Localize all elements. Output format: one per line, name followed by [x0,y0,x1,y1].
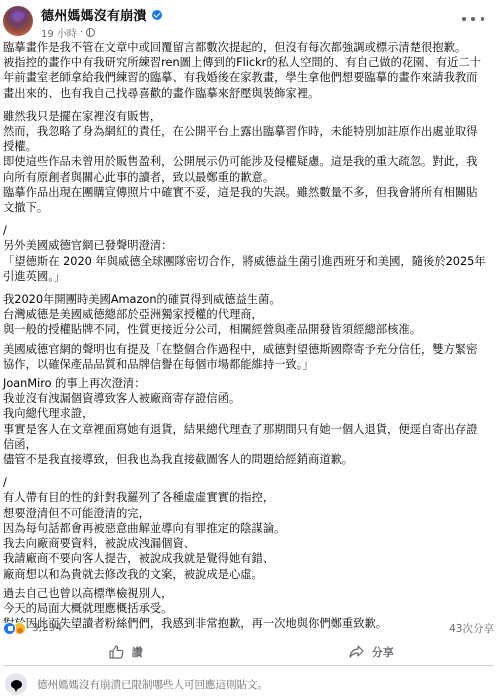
text-line: 有人帶有目的性的針對我羅列了各種虛虛實實的指控， [3,490,488,505]
more-dot-icon [462,17,466,21]
paragraph: 美國威德官網的聲明也有提及「在整個合作過程中，威德對望德斯國際寄予充分信任，雙方… [3,342,488,372]
like-reaction-icon [3,622,16,635]
more-options-button[interactable] [462,14,484,24]
text-line: 我2020年開團時美國Amazon的確買得到威德益生菌。 [3,292,488,307]
text-line: 想要澄清但不可能澄清的完， [3,506,488,521]
comment-restriction-text: 德州媽媽沒有崩潰已限制哪些人可回應這則貼文。 [37,677,268,692]
text-line: 臨摹作品出現在團購宣傳照片中確實不妥，這是我的失誤。雖然數量不多，但我會將所有相… [3,185,488,215]
post-header: 德州媽媽沒有崩潰 19 小時 · [0,0,500,40]
post-timestamp[interactable]: 19 小時 [41,25,77,40]
text-line: JoanMiro 的事上再次澄清： [3,376,488,391]
paragraph: 我2020年開團時美國Amazon的確買得到威德益生菌。 台灣威德是美國威德總部… [3,292,488,338]
text-line: 今天的局面大概就理應概括承受。 [3,601,488,616]
comment-icon-wrap [5,673,27,695]
post-meta: 19 小時 · [41,25,162,39]
text-line: 儘管不是我直接導致，但我也為我直接截圖客人的問題給經銷商道歉。 [3,452,488,467]
share-label: 分享 [372,644,394,660]
text-line: 過去自己也曾以高標準檢視別人， [3,586,488,601]
header-text: 德州媽媽沒有崩潰 19 小時 · [41,5,162,39]
reaction-count[interactable]: 3,294 [32,622,62,634]
meta-separator: · [80,27,83,38]
comment-restriction-notice: 德州媽媽沒有崩潰已限制哪些人可回應這則貼文。 [5,673,268,695]
text-line: 我向總代理求證， [3,406,488,421]
paragraph: JoanMiro 的事上再次澄清： 我並沒有洩漏個資導致客人被廠商寄存證信函。 … [3,376,488,467]
paragraph: 雖然我只是擺在家裡沒有販售， 然而，我忽略了身為網紅的責任，在公開平台上露出臨摹… [3,109,488,215]
share-arrow-icon [349,645,364,658]
text-line: / [3,475,488,490]
author-row: 德州媽媽沒有崩潰 [41,6,162,23]
text-line: 我請廠商不要向客人提告，被說成我就是覺得她有錯、 [3,551,488,566]
text-line: 美國威德官網的聲明也有提及「在整個合作過程中，威德對望德斯國際寄予充分信任，雙方… [3,342,488,372]
like-button[interactable]: 讚 [3,638,249,665]
text-line: 台灣威德是美國威德總部於亞洲獨家授權的代理商， [3,307,488,322]
paragraph: / 有人帶有目的性的針對我羅列了各種虛虛實實的指控， 想要澄清但不可能澄清的完，… [3,475,488,581]
like-label: 讚 [132,644,143,660]
author-name[interactable]: 德州媽媽沒有崩潰 [41,5,147,24]
share-count[interactable]: 43次分享 [449,621,494,636]
post-actions: 讚 分享 [3,638,494,666]
reactions-bar: 3,294 43次分享 [3,620,494,636]
share-button[interactable]: 分享 [249,638,495,665]
thumbs-up-icon [109,645,124,659]
more-dot-icon [471,17,475,21]
text-line: 即使這些作品未曾用於販售盈利，公開展示仍可能涉及侵權疑慮。這是我的重大疏忽。對此… [3,154,488,184]
text-line: 與一般的授權貼牌不同，性質更接近分公司，相關經營與產品開發皆須經總部核准。 [3,322,488,337]
text-line: / [3,223,488,238]
verified-badge-icon [152,10,162,20]
text-line: 然而，我忽略了身為網紅的責任，在公開平台上露出臨摹習作時，未能特別加註原作出處並… [3,124,488,154]
text-line: 我去向廠商要資料，被說成洩漏個資、 [3,536,488,551]
speech-bubble-icon [11,680,22,689]
paragraph: / 另外美國威德官網已發聲明澄清： 「望德斯在 2020 年與威德全球團隊密切合… [3,223,488,284]
text-line: 我並沒有洩漏個資導致客人被廠商寄存證信函。 [3,391,488,406]
author-avatar[interactable] [3,6,33,36]
text-line: 另外美國威德官網已發聲明澄清： [3,238,488,253]
globe-icon[interactable] [86,28,95,37]
facebook-post: 德州媽媽沒有崩潰 19 小時 · 臨摹畫作是我不管在文章中或回覆留言都數次提起的… [0,0,500,700]
text-line: 臨摹畫作是我不管在文章中或回覆留言都數次提起的，但沒有每次都強調或標示清楚很抱歉… [3,40,488,55]
reaction-summary[interactable]: 3,294 [3,622,62,635]
text-line: 被指控的畫作中有我研究所練習ren圖上傳到的Flickr的私人空間的、有自己做的… [3,55,488,101]
paragraph: 臨摹畫作是我不管在文章中或回覆留言都數次提起的，但沒有每次都強調或標示清楚很抱歉… [3,40,488,101]
more-dot-icon [481,17,485,21]
text-line: 「望德斯在 2020 年與威德全球團隊密切合作，將威德益生菌引進西班牙和美國，隨… [3,254,488,284]
text-line: 廠商想以和為貴就去修改我的文案，被說成是心虛。 [3,567,488,582]
post-body: 臨摹畫作是我不管在文章中或回覆留言都數次提起的，但沒有每次都強調或標示清楚很抱歉… [0,40,500,631]
text-line: 因為每句話都會再被惡意曲解並導向有罪推定的陰謀論。 [3,521,488,536]
text-line: 雖然我只是擺在家裡沒有販售， [3,109,488,124]
text-line: 事實是客人在文章裡面寫她有退貨，結果總代理查了那期間只有她一個人退貨，便逕自寄出… [3,422,488,452]
